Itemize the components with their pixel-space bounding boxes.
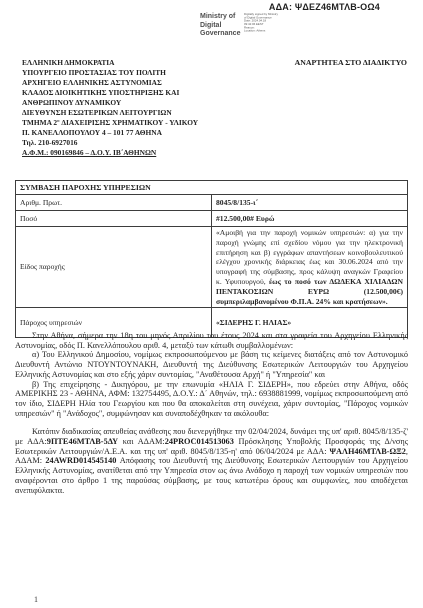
award-ada-2: ΨΑΛΗ46ΜΤΛΒ-ΩΞ2 — [330, 447, 406, 456]
protocol-value: 8045/8/135-ι΄ — [212, 195, 408, 211]
service-label: Είδος παροχής — [16, 227, 212, 308]
table-row: Ποσό #12.500,00# Ευρώ — [16, 211, 408, 227]
letterhead: ΕΛΛΗΝΙΚΗ ΔΗΜΟΚΡΑΤΙΑ ΥΠΟΥΡΓΕΙΟ ΠΡΟΣΤΑΣΙΑΣ… — [22, 58, 272, 158]
table-row: ΣΥΜΒΑΣΗ ΠΑΡΟΧΗΣ ΥΠΗΡΕΣΙΩΝ — [16, 181, 408, 195]
page-number: 1 — [34, 595, 38, 604]
award-adam-2: 24AWRD014545140 — [45, 456, 116, 465]
table-row: Αριθμ. Πρωτ. 8045/8/135-ι΄ — [16, 195, 408, 211]
paragraph-party-b: β) Της επιχείρησης - Δικηγόρου, με την ε… — [15, 380, 408, 419]
table-title: ΣΥΜΒΑΣΗ ΠΑΡΟΧΗΣ ΥΠΗΡΕΣΙΩΝ — [16, 181, 408, 195]
amount-label: Ποσό — [16, 211, 212, 227]
letterhead-phone: Τηλ. 210-6927016 — [22, 138, 272, 148]
signature-signer: Ministry of Digital Governance — [200, 13, 240, 55]
letterhead-afm: Α.Φ.Μ.: 090169846 – Δ.Ο.Υ. ΙΒ΄ΑΘΗΝΩΝ — [22, 148, 272, 158]
table-row: Είδος παροχής «Αμοιβή για την παροχή νομ… — [16, 227, 408, 308]
award-ada-1: 9ΠΤΕ46ΜΤΛΒ-5ΔΥ — [47, 437, 118, 446]
award-text: και ΑΔΑΜ: — [118, 437, 165, 446]
letterhead-line: ΥΠΟΥΡΓΕΙΟ ΠΡΟΣΤΑΣΙΑΣ ΤΟΥ ΠΟΛΙΤΗ — [22, 68, 272, 78]
paragraph-party-a: α) Του Ελληνικού Δημοσίου, νομίμως εκπρο… — [15, 350, 408, 379]
internet-posting-label: ΑΝΑΡΤΗΤΕΑ ΣΤΟ ΔΙΑΔΙΚΤΥΟ — [295, 58, 407, 67]
letterhead-line: ΑΡΧΗΓΕΙΟ ΕΛΛΗΝΙΚΗΣ ΑΣΤΥΝΟΜΙΑΣ — [22, 78, 272, 88]
letterhead-line: ΔΙΕΥΘΥΝΣΗ ΕΣΩΤΕΡΙΚΩΝ ΛΕΙΤΟΥΡΓΙΩΝ — [22, 108, 272, 118]
contract-summary-table: ΣΥΜΒΑΣΗ ΠΑΡΟΧΗΣ ΥΠΗΡΕΣΙΩΝ Αριθμ. Πρωτ. 8… — [15, 180, 408, 338]
award-adam-1: 24PROC014513063 — [165, 437, 234, 446]
paragraph-award: Κατόπιν διαδικασίας απευθείας ανάθεσης π… — [15, 427, 408, 495]
amount-value: #12.500,00# Ευρώ — [212, 211, 408, 227]
document-page: ΑΔΑ: ΨΔΕΖ46ΜΤΛΒ-ΟΩ4 Ministry of Digital … — [0, 0, 423, 608]
letterhead-line: ΕΛΛΗΝΙΚΗ ΔΗΜΟΚΡΑΤΙΑ — [22, 58, 272, 68]
letterhead-line: ΚΛΑΔΟΣ ΔΙΟΙΚΗΤΙΚΗΣ ΥΠΟΣΤΗΡΙΞΗΣ ΚΑΙ — [22, 88, 272, 98]
signature-details: Digitally signed by Ministry of Digital … — [244, 13, 306, 33]
contract-body: Στην Αθήνα, σήμερα την 18η του μηνός Απρ… — [15, 331, 408, 495]
letterhead-line: ΑΝΘΡΩΠΙΝΟΥ ΔΥΝΑΜΙΚΟΥ — [22, 98, 272, 108]
paragraph-intro: Στην Αθήνα, σήμερα την 18η του μηνός Απρ… — [15, 331, 408, 350]
letterhead-line: ΤΜΗΜΑ 2º ΔΙΑΧΕΙΡΙΣΗΣ ΧΡΗΜΑΤΙΚΟΥ - ΥΛΙΚΟΥ — [22, 118, 272, 128]
digital-signature-stamp: Ministry of Digital Governance Digitally… — [200, 13, 374, 55]
protocol-label: Αριθμ. Πρωτ. — [16, 195, 212, 211]
service-value: «Αμοιβή για την παροχή νομικών υπηρεσιών… — [212, 227, 408, 308]
letterhead-address: Π. ΚΑΝΕΛΛΟΠΟΥΛΟΥ 4 – 101 77 ΑΘΗΝΑ — [22, 128, 272, 138]
ada-code: ΑΔΑ: ΨΔΕΖ46ΜΤΛΒ-ΟΩ4 — [269, 2, 380, 12]
